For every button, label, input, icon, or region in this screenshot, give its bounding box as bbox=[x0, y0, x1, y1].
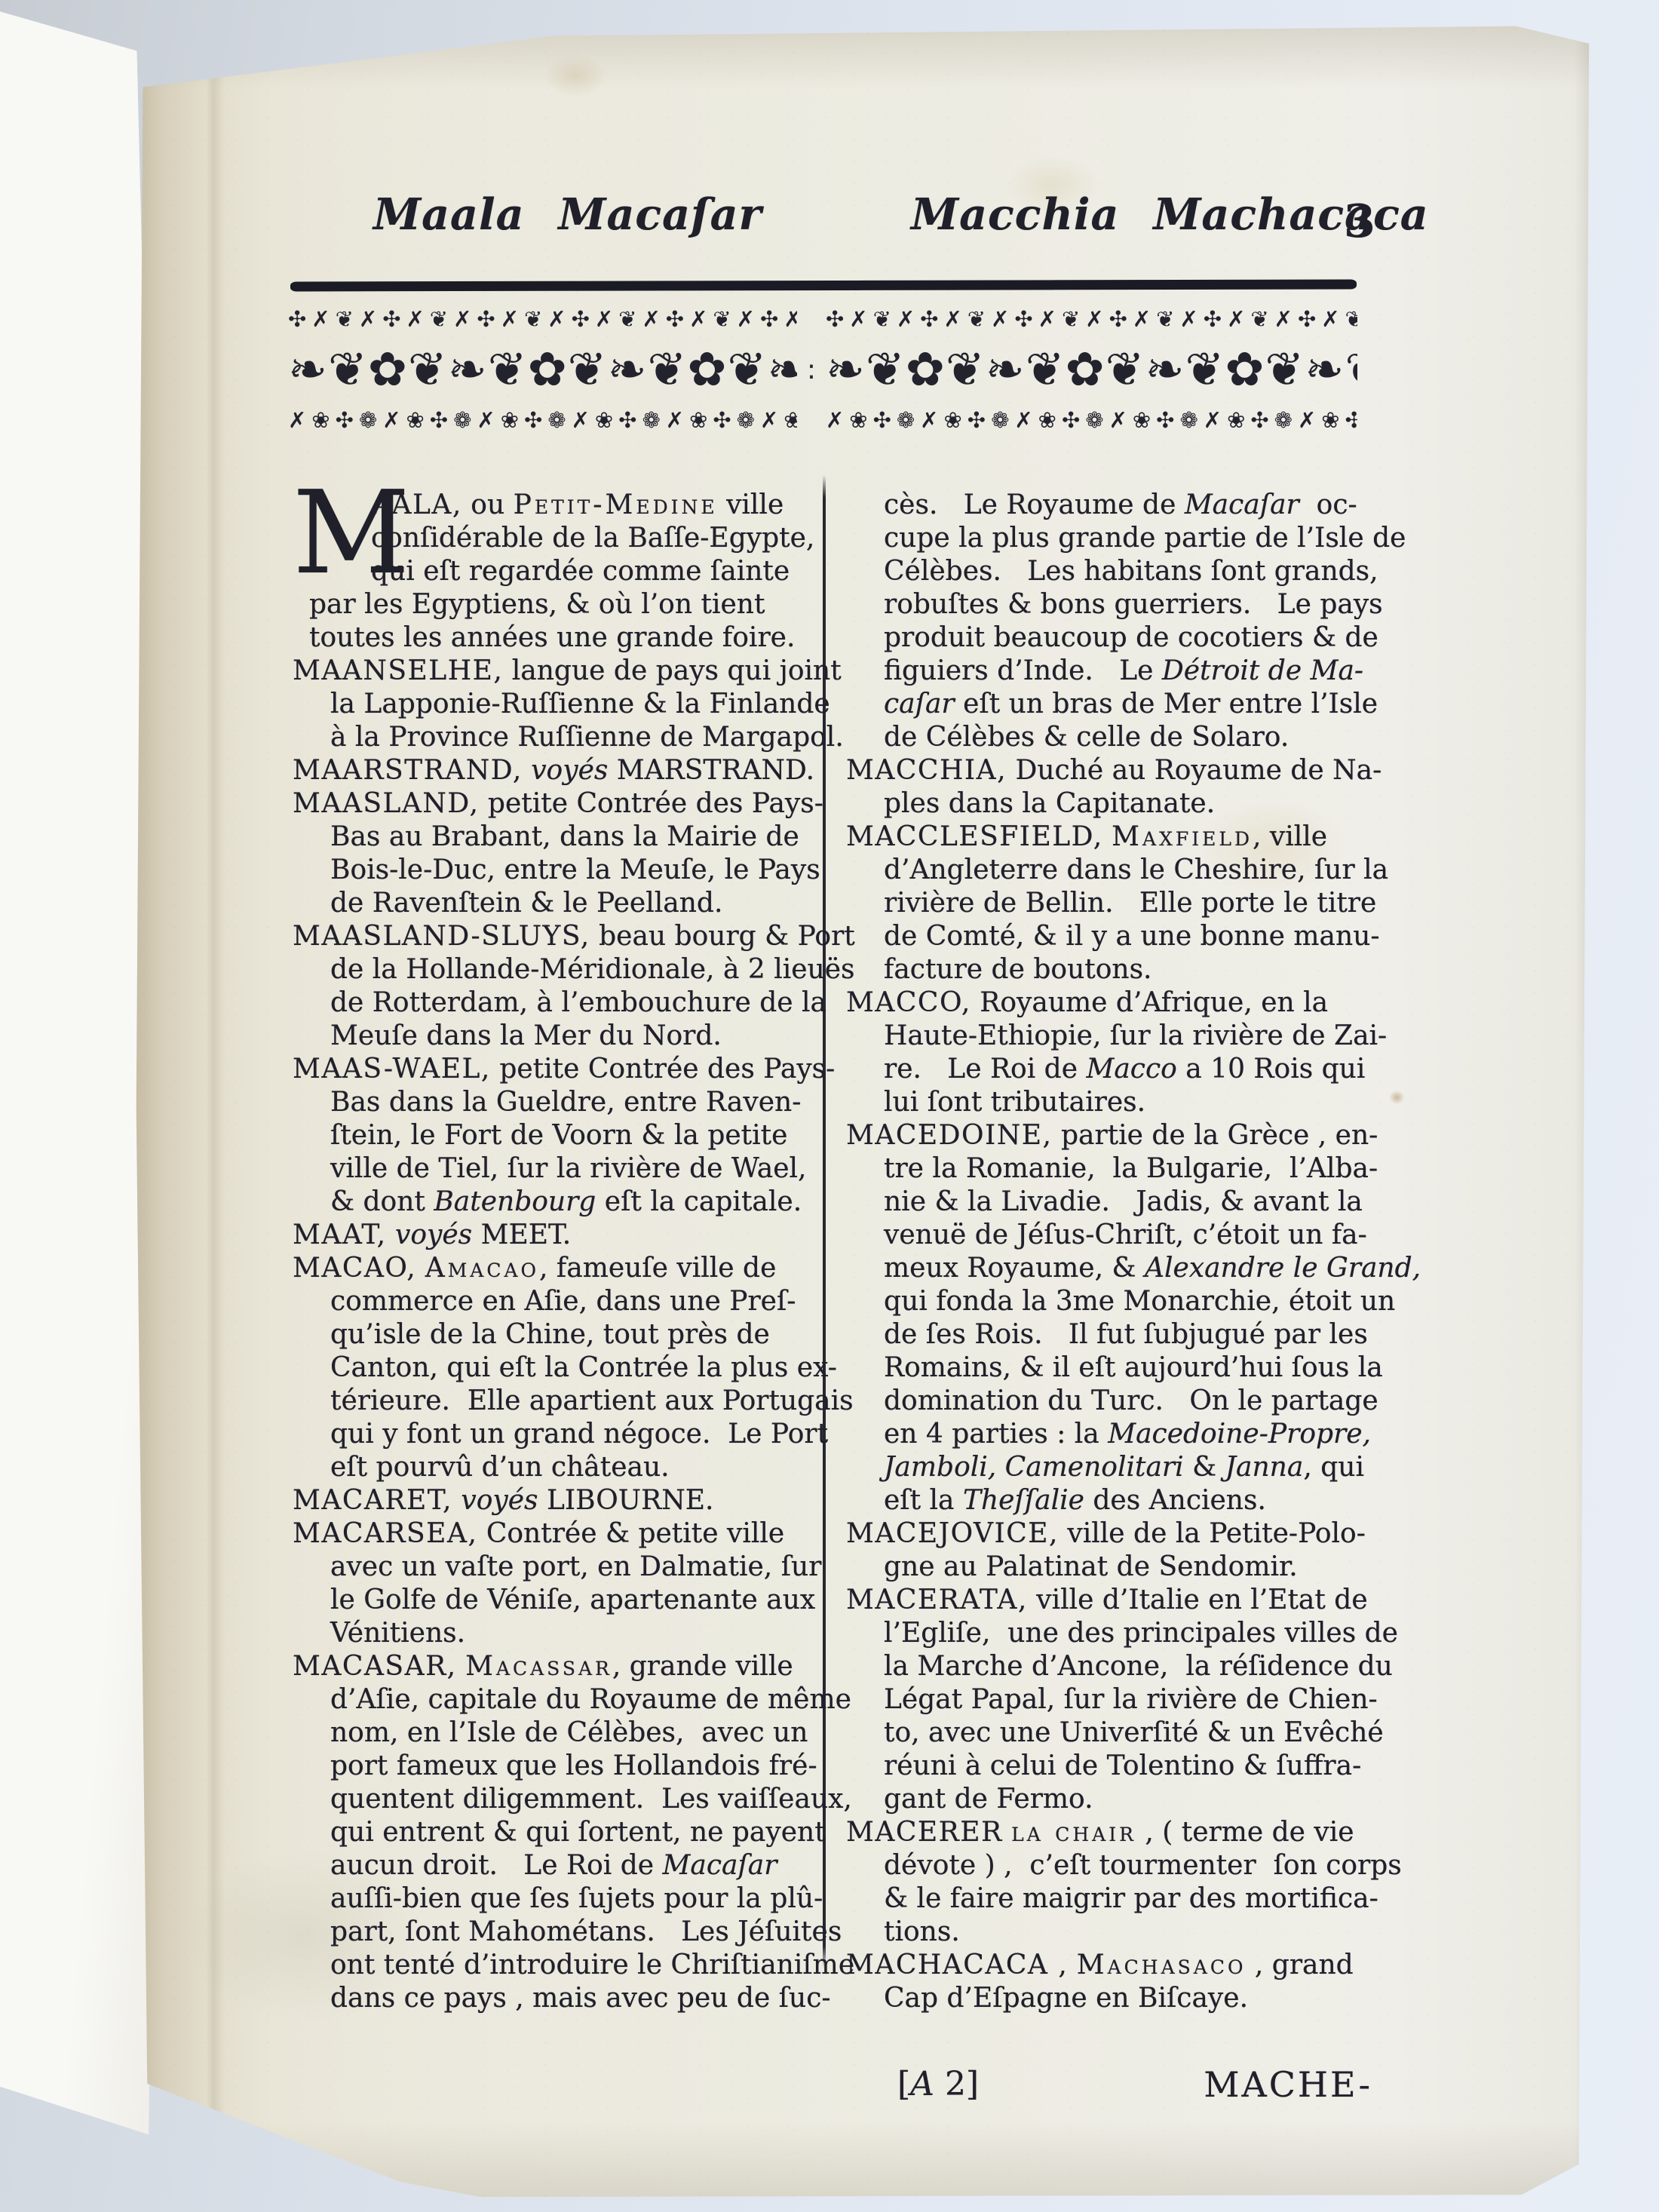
text-line: ont tenté d’introduire le Chriſtianiſme bbox=[293, 1949, 820, 1982]
text-line: quentent diligemment. Les vaiſſeaux, bbox=[293, 1783, 820, 1816]
text: avec un vaſte port, en Dalmatie, ſur bbox=[330, 1551, 821, 1582]
text: eſt la capitale. bbox=[596, 1186, 802, 1217]
dictionary-entry: MACAO, Amacao, fameuſe ville decommerce … bbox=[293, 1252, 820, 1484]
text bbox=[523, 755, 531, 786]
text-line: MACCO, Royaume d’Afrique, en la bbox=[846, 986, 1374, 1020]
headword: MAAS-WAEL, bbox=[293, 1054, 491, 1085]
small-caps-name: Macassar bbox=[465, 1651, 612, 1682]
text-line: Romains, & il eſt aujourd’hui ſous la bbox=[846, 1351, 1374, 1385]
text: à la Province Ruſſienne de Margapol. bbox=[330, 722, 844, 753]
text: le Golfe de Véniſe, apartenante aux bbox=[330, 1585, 815, 1615]
text: re. Le Roi de bbox=[884, 1054, 1086, 1085]
text-line: qui entrent & qui ſortent, ne payent bbox=[293, 1816, 820, 1849]
text: Canton, qui eſt la Contrée la plus ex- bbox=[330, 1352, 837, 1383]
text: de Comté, & il y a une bonne manu- bbox=[884, 921, 1380, 952]
text-line: réuni à celui de Tolentino & ſuffra- bbox=[846, 1750, 1374, 1783]
text: dans ce pays , mais avec peu de ſuc- bbox=[330, 1983, 831, 2014]
text-line: Célèbes. Les habitans ſont grands, bbox=[846, 555, 1374, 588]
text: ville de la Petite-Polo- bbox=[1059, 1518, 1366, 1549]
text-line: aucun droit. Le Roi de Macaſar bbox=[293, 1849, 820, 1882]
text: , ( terme de vie bbox=[1136, 1817, 1354, 1848]
ornament-row: ✗❀✣❁✗❀✣❁✗❀✣❁✗❀✣❁✗❀✣❁✗❀✣❁✗❀✣❁✗❀✣❁✗❀✣❁✗❀✣❁… bbox=[826, 405, 1357, 435]
text: qui entrent & qui ſortent, ne payent bbox=[330, 1817, 826, 1848]
headword: MACCO, bbox=[846, 987, 971, 1018]
dictionary-entry: MAASLAND, petite Contrée des Pays-Bas au… bbox=[293, 787, 820, 920]
text: qui eſt regardée comme ſainte bbox=[371, 556, 790, 587]
text-line: MAANSELHE, langue de pays qui joint bbox=[293, 655, 820, 688]
column-right: cès. Le Royaume de Macaſar oc-cupe la pl… bbox=[846, 489, 1374, 2015]
text: rivière de Bellin. Elle porte le titre bbox=[884, 888, 1376, 919]
text-line: de Rotterdam, à l’embouchure de la bbox=[293, 986, 820, 1020]
headword: MACCLESFIELD, bbox=[846, 821, 1103, 852]
text: qu’isle de la Chine, tout près de bbox=[330, 1319, 770, 1350]
text: , ville bbox=[1253, 821, 1327, 852]
headword: MAASLAND, bbox=[293, 788, 479, 819]
text: , fameuſe ville de bbox=[539, 1253, 776, 1284]
italic-text: Alexandre le Grand, bbox=[1145, 1253, 1421, 1284]
text: par les Egyptiens, & où l’on tient bbox=[309, 589, 765, 620]
text: MEET. bbox=[472, 1220, 571, 1250]
dictionary-entry: MACHACACA , Machasaco , grandCap d’Eſpag… bbox=[846, 1949, 1374, 2015]
text: cès. Le Royaume de bbox=[884, 489, 1185, 520]
dictionary-entry: MACERATA, ville d’Italie en l’Etat del’E… bbox=[846, 1584, 1374, 1816]
text-line: Bas au Brabant, dans la Mairie de bbox=[293, 821, 820, 854]
text-line: rivière de Bellin. Elle porte le titre bbox=[846, 887, 1374, 920]
text: de Rotterdam, à l’embouchure de la bbox=[330, 987, 826, 1018]
text-line: nom, en l’Isle de Célèbes, avec un bbox=[293, 1717, 820, 1750]
italic-text: Macaſar bbox=[663, 1850, 777, 1881]
ornament-row: ✣✗❦✗✣✗❦✗✣✗❦✗✣✗❦✗✣✗❦✗✣✗❦✗✣✗❦✗✣✗❦✗✣✗❦✗✣✗❦✗… bbox=[826, 304, 1357, 334]
text: to, avec une Univerſité & un Evêché bbox=[884, 1717, 1384, 1748]
italic-text: voyés bbox=[531, 755, 608, 786]
text: gant de Fermo. bbox=[884, 1784, 1093, 1815]
text: tions. bbox=[884, 1916, 960, 1947]
text-line: lui ſont tributaires. bbox=[846, 1086, 1374, 1119]
dictionary-entry: MACARET, voyés LIBOURNE. bbox=[293, 1484, 820, 1517]
text-line: meux Royaume, & Alexandre le Grand, bbox=[846, 1252, 1374, 1285]
text-line: & le faire maigrir par des mortifica- bbox=[846, 1882, 1374, 1916]
text: ou bbox=[462, 489, 514, 520]
text: de la Hollande-Méridionale, à 2 lieuës bbox=[330, 954, 855, 985]
text bbox=[387, 1220, 395, 1250]
text: LIBOURNE. bbox=[538, 1485, 714, 1516]
text: la Marche d’Ancone, la réſidence du bbox=[884, 1651, 1393, 1682]
headword: MAARSTRAND, bbox=[293, 755, 523, 786]
headword: MACASAR, bbox=[293, 1651, 457, 1682]
text: produit beaucoup de cocotiers & de bbox=[884, 622, 1378, 653]
text bbox=[457, 1651, 465, 1682]
text-line: de Comté, & il y a une bonne manu- bbox=[846, 920, 1374, 953]
text: tre la Romanie, la Bulgarie, l’Alba- bbox=[884, 1153, 1378, 1184]
page-number: 3 bbox=[1344, 199, 1375, 244]
text-line: venuë de Jéſus-Chriſt, c’étoit un fa- bbox=[846, 1219, 1374, 1252]
text-line: MACERER la chair , ( terme de vie bbox=[846, 1816, 1374, 1849]
text-line: qui fonda la 3me Monarchie, étoit un bbox=[846, 1285, 1374, 1318]
italic-text: Macco bbox=[1086, 1054, 1176, 1085]
ornament-separator: : bbox=[807, 354, 816, 385]
text-line: port fameux que les Hollandois fré- bbox=[293, 1750, 820, 1783]
text-line: Bois-le-Duc, entre la Meuſe, le Pays bbox=[293, 854, 820, 887]
text: térieure. Elle apartient aux Portugais bbox=[330, 1385, 854, 1416]
text: auſſi-bien que ſes ſujets pour la plû- bbox=[330, 1883, 823, 1914]
text: venuë de Jéſus-Chriſt, c’étoit un fa- bbox=[884, 1220, 1367, 1250]
text-line: Cap d’Eſpagne en Biſcaye. bbox=[846, 1982, 1374, 2015]
text-line: to, avec une Univerſité & un Evêché bbox=[846, 1717, 1374, 1750]
text-line: auſſi-bien que ſes ſujets pour la plû- bbox=[293, 1882, 820, 1916]
dictionary-entry: MAALA, ou Petit-Medine villeconſidérable… bbox=[293, 489, 820, 655]
headword: MAASLAND-SLUYS, bbox=[293, 921, 590, 952]
photo-of-book-page: { "meta": { "description": "Photographed… bbox=[0, 0, 1659, 2212]
text: gne au Palatinat de Sendomir. bbox=[884, 1551, 1298, 1582]
text: Bas au Brabant, dans la Mairie de bbox=[330, 821, 799, 852]
text-line: conſidérable de la Baſſe-Egypte, bbox=[293, 522, 820, 555]
text bbox=[1068, 1950, 1076, 1980]
text-line: MACEDOINE, partie de la Grèce , en- bbox=[846, 1119, 1374, 1152]
text-line: ples dans la Capitanate. bbox=[846, 787, 1374, 821]
text-line: MACASAR, Macassar, grande ville bbox=[293, 1650, 820, 1683]
text: Célèbes. Les habitans ſont grands, bbox=[884, 556, 1378, 587]
text: de ſes Rois. Il fut ſubjugué par les bbox=[884, 1319, 1368, 1350]
text: nie & la Livadie. Jadis, & avant la bbox=[884, 1186, 1363, 1217]
text: en 4 parties : la bbox=[884, 1419, 1108, 1450]
small-caps-name: Maxfield bbox=[1112, 821, 1253, 852]
headword: MACHACACA , bbox=[846, 1950, 1068, 1980]
text: nom, en l’Isle de Célèbes, avec un bbox=[330, 1717, 808, 1748]
dictionary-entry: MAAS-WAEL, petite Contrée des Pays-Bas d… bbox=[293, 1053, 820, 1219]
text-line: MAARSTRAND, voyés MARSTRAND. bbox=[293, 754, 820, 787]
dictionary-entry: MACEJOVICE, ville de la Petite-Polo-gne … bbox=[846, 1517, 1374, 1584]
italic-text: Janna bbox=[1225, 1452, 1304, 1483]
small-caps-name: Machasaco bbox=[1077, 1950, 1247, 1980]
italic-text: Macedoine-Propre, bbox=[1108, 1419, 1371, 1450]
italic-text: voyés bbox=[461, 1485, 538, 1516]
small-caps-name: Petit-Medine bbox=[514, 489, 718, 520]
headword: MACERER bbox=[846, 1817, 1003, 1848]
text: Vénitiens. bbox=[330, 1618, 465, 1649]
text-line: MACCHIA, Duché au Royaume de Na- bbox=[846, 754, 1374, 787]
text: conſidérable de la Baſſe-Egypte, bbox=[371, 523, 814, 554]
headword: AALA, bbox=[371, 489, 462, 520]
text: ont tenté d’introduire le Chriſtianiſme bbox=[330, 1950, 854, 1980]
text-line: facture de boutons. bbox=[846, 953, 1374, 986]
text-line: qui y font un grand négoce. Le Port bbox=[293, 1418, 820, 1451]
text-line: de Célèbes & celle de Solaro. bbox=[846, 721, 1374, 754]
text: ville de Tiel, ſur la rivière de Wael, bbox=[330, 1153, 806, 1184]
text-line: gne au Palatinat de Sendomir. bbox=[846, 1551, 1374, 1584]
headword: MACEJOVICE, bbox=[846, 1518, 1059, 1549]
text: figuiers d’Inde. Le bbox=[884, 655, 1162, 686]
text-line: par les Egyptiens, & où l’on tient bbox=[293, 588, 820, 621]
text: eſt un bras de Mer entre l’Isle bbox=[955, 689, 1378, 719]
text-line: ſtein, le Fort de Voorn & la petite bbox=[293, 1119, 820, 1152]
text-line: AALA, ou Petit-Medine ville bbox=[293, 489, 820, 522]
text: d’Angleterre dans le Cheshire, ſur la bbox=[884, 854, 1388, 885]
text-line: MACCLESFIELD, Maxfield, ville bbox=[846, 821, 1374, 854]
ornament-band: ✣✗❦✗✣✗❦✗✣✗❦✗✣✗❦✗✣✗❦✗✣✗❦✗✣✗❦✗✣✗❦✗✣✗❦✗✣✗❦✗… bbox=[288, 304, 1357, 435]
headword: MACEDOINE, bbox=[846, 1120, 1053, 1151]
text-line: Légat Papal, ſur la rivière de Chien- bbox=[846, 1683, 1374, 1717]
text-line: MAAT, voyés MEET. bbox=[293, 1219, 820, 1252]
ornament-row: ❧❦✿❦❧❦✿❦❧❦✿❦❧❦✿❦❧❦✿❦❧❦✿❦❧❦✿❦❧❦✿❦❧❦✿❦❧❦✿❦… bbox=[288, 335, 797, 404]
text: part, ſont Mahométans. Les Jéſuites bbox=[330, 1916, 842, 1947]
text: d’Aſie, capitale du Royaume de même bbox=[330, 1684, 851, 1715]
text: Bas dans la Gueldre, entre Raven- bbox=[330, 1087, 801, 1118]
headword: MACERATA, bbox=[846, 1585, 1028, 1615]
text-line: qu’isle de la Chine, tout près de bbox=[293, 1318, 820, 1351]
headword: MACAO, bbox=[293, 1253, 416, 1284]
text-line: eſt la Theſſalie des Anciens. bbox=[846, 1484, 1374, 1517]
dictionary-entry: MACCLESFIELD, Maxfield, villed’Angleterr… bbox=[846, 821, 1374, 986]
text: , qui bbox=[1303, 1452, 1364, 1483]
dictionary-entry: MAANSELHE, langue de pays qui jointla La… bbox=[293, 655, 820, 754]
running-head-left: Maala Macaſar bbox=[373, 192, 762, 238]
italic-text: caſar bbox=[884, 689, 955, 719]
text-line: MAASLAND, petite Contrée des Pays- bbox=[293, 787, 820, 821]
text: petite Contrée des Pays- bbox=[491, 1054, 835, 1085]
italic-text: Détroit de Ma- bbox=[1162, 655, 1363, 686]
text: , grande ville bbox=[612, 1651, 793, 1682]
headword: MACARSEA, bbox=[293, 1518, 477, 1549]
dictionary-entry: MACARSEA, Contrée & petite villeavec un … bbox=[293, 1517, 820, 1650]
text: aucun droit. Le Roi de bbox=[330, 1850, 663, 1881]
text: port fameux que les Hollandois fré- bbox=[330, 1750, 817, 1781]
text-line: Meuſe dans la Mer du Nord. bbox=[293, 1020, 820, 1053]
signature-mark: [A 2] bbox=[897, 2066, 979, 2103]
text: des Anciens. bbox=[1084, 1485, 1266, 1516]
headword: MAANSELHE, bbox=[293, 655, 503, 686]
dictionary-entry: MACEDOINE, partie de la Grèce , en-tre l… bbox=[846, 1119, 1374, 1517]
text-line: Haute-Ethiopie, ſur la rivière de Zai- bbox=[846, 1020, 1374, 1053]
text-line: MACARSEA, Contrée & petite ville bbox=[293, 1517, 820, 1551]
text-line: MACHACACA , Machasaco , grand bbox=[846, 1949, 1374, 1982]
catchword: MACHE- bbox=[1033, 2066, 1372, 2103]
text-line: cès. Le Royaume de Macaſar oc- bbox=[846, 489, 1374, 522]
text-line: dans ce pays , mais avec peu de ſuc- bbox=[293, 1982, 820, 2015]
text-line: tions. bbox=[846, 1916, 1374, 1949]
text-line: produit beaucoup de cocotiers & de bbox=[846, 621, 1374, 655]
text: dévote ) , c’eſt tourmenter ſon corps bbox=[884, 1850, 1402, 1881]
text-line: la Marche d’Ancone, la réſidence du bbox=[846, 1650, 1374, 1683]
text-line: MACEJOVICE, ville de la Petite-Polo- bbox=[846, 1517, 1374, 1551]
text: Meuſe dans la Mer du Nord. bbox=[330, 1020, 722, 1051]
ornament-panel-left: ✣✗❦✗✣✗❦✗✣✗❦✗✣✗❦✗✣✗❦✗✣✗❦✗✣✗❦✗✣✗❦✗✣✗❦✗✣✗❦✗… bbox=[288, 304, 797, 435]
head-rule bbox=[290, 280, 1357, 292]
text: [ bbox=[897, 2065, 910, 2103]
text-line: MACERATA, ville d’Italie en l’Etat de bbox=[846, 1584, 1374, 1617]
text-line: MAAS-WAEL, petite Contrée des Pays- bbox=[293, 1053, 820, 1086]
text-line: de la Hollande-Méridionale, à 2 lieuës bbox=[293, 953, 820, 986]
text: Haute-Ethiopie, ſur la rivière de Zai- bbox=[884, 1020, 1387, 1051]
text: qui y font un grand négoce. Le Port bbox=[330, 1419, 828, 1450]
text: réuni à celui de Tolentino & ſuffra- bbox=[884, 1750, 1361, 1781]
text-line: Jamboli, Camenolitari & Janna, qui bbox=[846, 1451, 1374, 1484]
text: l’Egliſe, une des principales villes de bbox=[884, 1618, 1398, 1649]
text: Contrée & petite ville bbox=[477, 1518, 784, 1549]
book-page: Maala Macaſar Macchia Machacaca 3 ✣✗❦✗✣✗… bbox=[128, 20, 1595, 2197]
headword: MACARET, bbox=[293, 1485, 452, 1516]
text bbox=[1003, 1817, 1011, 1848]
text: Légat Papal, ſur la rivière de Chien- bbox=[884, 1684, 1378, 1715]
text: MARSTRAND. bbox=[608, 755, 814, 786]
text-line: re. Le Roi de Macco a 10 Rois qui bbox=[846, 1053, 1374, 1086]
text-line: commerce en Aſie, dans une Preſ- bbox=[293, 1285, 820, 1318]
ornament-row: ✗❀✣❁✗❀✣❁✗❀✣❁✗❀✣❁✗❀✣❁✗❀✣❁✗❀✣❁✗❀✣❁✗❀✣❁✗❀✣❁… bbox=[288, 405, 797, 435]
text-line: Canton, qui eſt la Contrée la plus ex- bbox=[293, 1351, 820, 1385]
small-caps-name: la chair bbox=[1011, 1817, 1136, 1848]
text-line: de ſes Rois. Il fut ſubjugué par les bbox=[846, 1318, 1374, 1351]
text-line: qui eſt regardée comme ſainte bbox=[293, 555, 820, 588]
text-line: la Lapponie-Ruſſienne & la Finlande bbox=[293, 688, 820, 721]
dictionary-entry: MACCO, Royaume d’Afrique, en laHaute-Eth… bbox=[846, 986, 1374, 1119]
text-line: l’Egliſe, une des principales villes de bbox=[846, 1617, 1374, 1650]
text: langue de pays qui joint bbox=[503, 655, 841, 686]
italic-text: Batenbourg bbox=[434, 1186, 596, 1217]
text-line: térieure. Elle apartient aux Portugais bbox=[293, 1385, 820, 1418]
italic-text: voyés bbox=[395, 1220, 472, 1250]
text-line: eſt pourvû d’un château. bbox=[293, 1451, 820, 1484]
text: la Lapponie-Ruſſienne & la Finlande bbox=[330, 689, 830, 719]
text: quentent diligemment. Les vaiſſeaux, bbox=[330, 1784, 852, 1815]
text: Royaume d’Afrique, en la bbox=[971, 987, 1328, 1018]
text bbox=[452, 1485, 461, 1516]
text: lui ſont tributaires. bbox=[884, 1087, 1145, 1118]
text-line: & dont Batenbourg eſt la capitale. bbox=[293, 1186, 820, 1219]
text: ville bbox=[718, 489, 784, 520]
dictionary-entry: MAAT, voyés MEET. bbox=[293, 1219, 820, 1252]
text-line: MACAO, Amacao, fameuſe ville de bbox=[293, 1252, 820, 1285]
text: commerce en Aſie, dans une Preſ- bbox=[330, 1286, 796, 1317]
text: eſt la bbox=[884, 1485, 963, 1516]
text: ville d’Italie en l’Etat de bbox=[1028, 1585, 1368, 1615]
text: ples dans la Capitanate. bbox=[884, 788, 1215, 819]
dictionary-entry: MACERER la chair , ( terme de viedévote … bbox=[846, 1816, 1374, 1949]
text: Duché au Royaume de Na- bbox=[1007, 755, 1381, 786]
dictionary-entry: MACCHIA, Duché au Royaume de Na-ples dan… bbox=[846, 754, 1374, 821]
text: a 10 Rois qui bbox=[1177, 1054, 1366, 1085]
drop-cap: M bbox=[293, 489, 371, 588]
small-caps-name: Amacao bbox=[425, 1253, 539, 1284]
text: Bois-le-Duc, entre la Meuſe, le Pays bbox=[330, 854, 820, 885]
text-line: nie & la Livadie. Jadis, & avant la bbox=[846, 1186, 1374, 1219]
text-line: part, ſont Mahométans. Les Jéſuites bbox=[293, 1916, 820, 1949]
ornament-row: ❧❦✿❦❧❦✿❦❧❦✿❦❧❦✿❦❧❦✿❦❧❦✿❦❧❦✿❦❧❦✿❦❧❦✿❦❧❦✿❦… bbox=[826, 335, 1357, 404]
dictionary-entry: MAASLAND-SLUYS, beau bourg & Portde la H… bbox=[293, 920, 820, 1053]
text: & bbox=[1184, 1452, 1225, 1483]
italic-text: A bbox=[910, 2065, 934, 2103]
text: de Ravenſtein & le Peelland. bbox=[330, 888, 722, 919]
text-line: Vénitiens. bbox=[293, 1617, 820, 1650]
text: Romains, & il eſt aujourd’hui ſous la bbox=[884, 1352, 1383, 1383]
text-line: domination du Turc. On le partage bbox=[846, 1385, 1374, 1418]
text: & dont bbox=[330, 1186, 434, 1217]
text-line: robuſtes & bons guerriers. Le pays bbox=[846, 588, 1374, 621]
text: toutes les années une grande foire. bbox=[309, 622, 795, 653]
text bbox=[1103, 821, 1112, 852]
text-line: MAASLAND-SLUYS, beau bourg & Port bbox=[293, 920, 820, 953]
italic-text: Theſſalie bbox=[963, 1485, 1084, 1516]
text-line: figuiers d’Inde. Le Détroit de Ma- bbox=[846, 655, 1374, 688]
dictionary-entry: MAARSTRAND, voyés MARSTRAND. bbox=[293, 754, 820, 787]
text: robuſtes & bons guerriers. Le pays bbox=[884, 589, 1383, 620]
ornament-row: ✣✗❦✗✣✗❦✗✣✗❦✗✣✗❦✗✣✗❦✗✣✗❦✗✣✗❦✗✣✗❦✗✣✗❦✗✣✗❦✗… bbox=[288, 304, 797, 334]
italic-text: Jamboli, Camenolitari bbox=[884, 1452, 1184, 1483]
text: qui fonda la 3me Monarchie, étoit un bbox=[884, 1286, 1395, 1317]
headword: MAAT, bbox=[293, 1220, 387, 1250]
ornament-panel-right: ✣✗❦✗✣✗❦✗✣✗❦✗✣✗❦✗✣✗❦✗✣✗❦✗✣✗❦✗✣✗❦✗✣✗❦✗✣✗❦✗… bbox=[826, 304, 1357, 435]
text: eſt pourvû d’un château. bbox=[330, 1452, 670, 1483]
text-line: en 4 parties : la Macedoine-Propre, bbox=[846, 1418, 1374, 1451]
text: cupe la plus grande partie de l’Isle de bbox=[884, 523, 1406, 554]
headword: MACCHIA, bbox=[846, 755, 1007, 786]
text-line: le Golfe de Véniſe, apartenante aux bbox=[293, 1584, 820, 1617]
text-line: tre la Romanie, la Bulgarie, l’Alba- bbox=[846, 1152, 1374, 1186]
dictionary-entry: MACASAR, Macassar, grande villed’Aſie, c… bbox=[293, 1650, 820, 2015]
text-line: d’Angleterre dans le Cheshire, ſur la bbox=[846, 854, 1374, 887]
text-line: cupe la plus grande partie de l’Isle de bbox=[846, 522, 1374, 555]
text-line: ville de Tiel, ſur la rivière de Wael, bbox=[293, 1152, 820, 1186]
text-line: Bas dans la Gueldre, entre Raven- bbox=[293, 1086, 820, 1119]
text: meux Royaume, & bbox=[884, 1253, 1145, 1284]
text: ſtein, le Fort de Voorn & la petite bbox=[330, 1120, 787, 1151]
column-left: MAALA, ou Petit-Medine villeconſidérable… bbox=[293, 489, 820, 2015]
text: petite Contrée des Pays- bbox=[479, 788, 823, 819]
text: 2] bbox=[934, 2065, 979, 2103]
text: beau bourg & Port bbox=[590, 921, 855, 952]
text: de Célèbes & celle de Solaro. bbox=[884, 722, 1289, 753]
text: , grand bbox=[1246, 1950, 1353, 1980]
text bbox=[416, 1253, 425, 1284]
text: domination du Turc. On le partage bbox=[884, 1385, 1378, 1416]
text-line: MACARET, voyés LIBOURNE. bbox=[293, 1484, 820, 1517]
text-line: toutes les années une grande foire. bbox=[293, 621, 820, 655]
text-line: dévote ) , c’eſt tourmenter ſon corps bbox=[846, 1849, 1374, 1882]
text-line: avec un vaſte port, en Dalmatie, ſur bbox=[293, 1551, 820, 1584]
text-line: d’Aſie, capitale du Royaume de même bbox=[293, 1683, 820, 1717]
text: partie de la Grèce , en- bbox=[1053, 1120, 1378, 1151]
text-line: gant de Fermo. bbox=[846, 1783, 1374, 1816]
text: oc- bbox=[1299, 489, 1357, 520]
text: facture de boutons. bbox=[884, 954, 1152, 985]
text-line: à la Province Ruſſienne de Margapol. bbox=[293, 721, 820, 754]
text: & le faire maigrir par des mortifica- bbox=[884, 1883, 1378, 1914]
text: Cap d’Eſpagne en Biſcaye. bbox=[884, 1983, 1248, 2014]
text-line: caſar eſt un bras de Mer entre l’Isle bbox=[846, 688, 1374, 721]
text-line: de Ravenſtein & le Peelland. bbox=[293, 887, 820, 920]
entry-continuation: cès. Le Royaume de Macaſar oc-cupe la pl… bbox=[846, 489, 1374, 754]
italic-text: Macaſar bbox=[1185, 489, 1299, 520]
